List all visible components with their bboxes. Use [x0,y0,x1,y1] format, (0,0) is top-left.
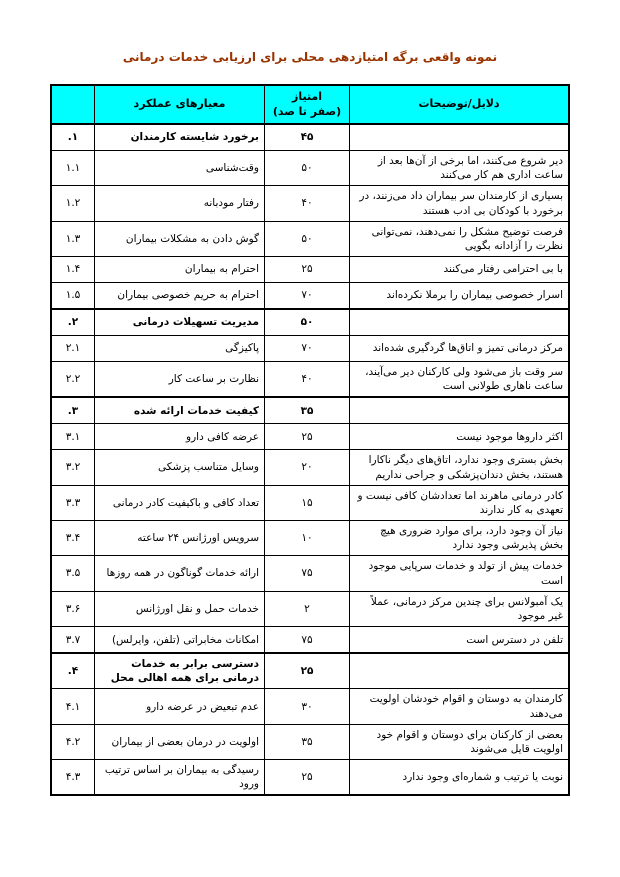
row-number-cell: ۴.۲ [51,724,95,759]
table-row: ۱.۵ احترام به حریم خصوصی بیماران ۷۰ اسرا… [51,283,569,310]
notes-cell: بسیاری از کارمندان سر بیماران داد می‌زنن… [350,186,570,221]
table-row: ۳.۳ تعداد کافی و باکیفیت کادر درمانی ۱۵ … [51,485,569,520]
criteria-cell: کیفیت خدمات ارائه شده [95,397,265,424]
score-cell: ۵۰ [265,151,350,186]
row-number-cell: ۱.۱ [51,151,95,186]
criteria-cell: نظارت بر ساعت کار [95,362,265,398]
row-number-cell: ۴. [51,653,95,689]
table-row: ۴.۱ عدم تبعیض در عرضه دارو ۳۰ کارمندان ب… [51,689,569,724]
score-cell: ۷۰ [265,283,350,310]
row-number-cell: ۳.۳ [51,485,95,520]
row-number-cell: ۱. [51,124,95,151]
notes-cell: اسرار خصوصی بیماران را برملا نکرده‌اند [350,283,570,310]
score-cell: ۴۰ [265,186,350,221]
notes-cell: بخش بستری وجود ندارد، اتاق‌های دیگر ناکا… [350,450,570,485]
header-criteria-cell: معیارهای عملکرد [95,85,265,124]
criteria-cell: ارائه خدمات گوناگون در همه روزها [95,556,265,591]
row-number-cell: ۱.۵ [51,283,95,310]
notes-cell: یک آمبولانس برای چندین مرکز درمانی، عملا… [350,591,570,626]
notes-cell: اکثر داروها موجود نیست [350,424,570,450]
criteria-cell: مدیریت تسهیلات درمانی [95,309,265,336]
table-row: ۳.۵ ارائه خدمات گوناگون در همه روزها ۷۵ … [51,556,569,591]
notes-cell: سر وقت باز می‌شود ولی کارکنان دیر می‌آین… [350,362,570,398]
notes-cell: نیاز آن وجود دارد، برای موارد ضروری هیچ … [350,521,570,556]
table-row: ۱.۲ رفتار مودبانه ۴۰ بسیاری از کارمندان … [51,186,569,221]
row-number-cell: ۳.۶ [51,591,95,626]
score-cell: ۷۰ [265,336,350,362]
row-number-cell: ۲.۲ [51,362,95,398]
table-row: ۲.۱ پاکیزگی ۷۰ مرکز درمانی تمیز و اتاق‌ه… [51,336,569,362]
criteria-cell: خدمات حمل و نقل اورژانس [95,591,265,626]
header-notes-cell: دلایل/توضیحات [350,85,570,124]
score-cell: ۷۵ [265,556,350,591]
score-cell: ۲۵ [265,257,350,283]
scorecard-table: معیارهای عملکرد امتیاز (صفر تا صد) دلایل… [50,84,570,796]
table-row: ۱.۳ گوش دادن به مشکلات بیماران ۵۰ فرصت ت… [51,221,569,256]
row-number-cell: ۱.۲ [51,186,95,221]
table-row: ۳. کیفیت خدمات ارائه شده ۳۵ [51,397,569,424]
notes-cell [350,309,570,336]
criteria-cell: وقت‌شناسی [95,151,265,186]
header-number-cell [51,85,95,124]
score-cell: ۲۰ [265,450,350,485]
notes-cell [350,397,570,424]
table-row: ۳.۶ خدمات حمل و نقل اورژانس ۲ یک آمبولان… [51,591,569,626]
criteria-cell: احترام به بیماران [95,257,265,283]
table-row: ۴. دسترسی برابر به خدمات درمانی برای همه… [51,653,569,689]
table-row: ۲. مدیریت تسهیلات درمانی ۵۰ [51,309,569,336]
criteria-cell: امکانات مخابراتی (تلفن، وایرلس) [95,627,265,654]
row-number-cell: ۴.۳ [51,760,95,796]
criteria-cell: سرویس اورژانس ۲۴ ساعته [95,521,265,556]
score-cell: ۱۰ [265,521,350,556]
notes-cell: بعضی از کارکنان برای دوستان و اقوام خود … [350,724,570,759]
score-cell: ۷۵ [265,627,350,654]
table-row: ۱.۴ احترام به بیماران ۲۵ با بی احترامی ر… [51,257,569,283]
notes-cell: دیر شروع می‌کنند، اما برخی از آن‌ها بعد … [350,151,570,186]
table-row: ۴.۲ اولویت در درمان بعضی از بیماران ۳۵ ب… [51,724,569,759]
table-body: ۱. برخورد شایسته کارمندان ۴۵ ۱.۱ وقت‌شنا… [51,124,569,795]
score-cell: ۵۰ [265,309,350,336]
row-number-cell: ۲.۱ [51,336,95,362]
table-row: ۳.۴ سرویس اورژانس ۲۴ ساعته ۱۰ نیاز آن وج… [51,521,569,556]
table-row: ۳.۷ امکانات مخابراتی (تلفن، وایرلس) ۷۵ ت… [51,627,569,654]
criteria-cell: تعداد کافی و باکیفیت کادر درمانی [95,485,265,520]
score-cell: ۳۵ [265,724,350,759]
row-number-cell: ۲. [51,309,95,336]
criteria-cell: پاکیزگی [95,336,265,362]
notes-cell: نوبت یا ترتیب و شماره‌ای وجود ندارد [350,760,570,796]
row-number-cell: ۳. [51,397,95,424]
criteria-cell: گوش دادن به مشکلات بیماران [95,221,265,256]
notes-cell: فرصت توضیح مشکل را نمی‌دهند، نمی‌توانی ن… [350,221,570,256]
score-cell: ۲۵ [265,760,350,796]
row-number-cell: ۳.۷ [51,627,95,654]
notes-cell [350,124,570,151]
notes-cell: مرکز درمانی تمیز و اتاق‌ها گردگیری شده‌ا… [350,336,570,362]
score-cell: ۲۵ [265,653,350,689]
table-row: ۳.۲ وسایل متناسب پزشکی ۲۰ بخش بستری وجود… [51,450,569,485]
score-cell: ۱۵ [265,485,350,520]
page-title: نمونه واقعی برگه امتیازدهی محلی برای ارز… [30,50,590,64]
score-cell: ۳۵ [265,397,350,424]
notes-cell [350,653,570,689]
score-header-line2: (صفر تا صد) [268,105,346,120]
row-number-cell: ۳.۲ [51,450,95,485]
criteria-cell: وسایل متناسب پزشکی [95,450,265,485]
table-row: ۲.۲ نظارت بر ساعت کار ۴۰ سر وقت باز می‌ش… [51,362,569,398]
score-header-line1: امتیاز [268,90,346,105]
table-header: معیارهای عملکرد امتیاز (صفر تا صد) دلایل… [51,85,569,124]
notes-cell: خدمات پیش از تولد و خدمات سرپایی موجود ا… [350,556,570,591]
score-cell: ۲ [265,591,350,626]
criteria-cell: دسترسی برابر به خدمات درمانی برای همه اه… [95,653,265,689]
table-row: ۴.۳ رسیدگی به بیماران بر اساس ترتیب ورود… [51,760,569,796]
row-number-cell: ۴.۱ [51,689,95,724]
header-score-cell: امتیاز (صفر تا صد) [265,85,350,124]
criteria-cell: عدم تبعیض در عرضه دارو [95,689,265,724]
header-row: معیارهای عملکرد امتیاز (صفر تا صد) دلایل… [51,85,569,124]
score-cell: ۵۰ [265,221,350,256]
table-row: ۱.۱ وقت‌شناسی ۵۰ دیر شروع می‌کنند، اما ب… [51,151,569,186]
row-number-cell: ۱.۴ [51,257,95,283]
criteria-cell: اولویت در درمان بعضی از بیماران [95,724,265,759]
criteria-cell: رفتار مودبانه [95,186,265,221]
table-row: ۱. برخورد شایسته کارمندان ۴۵ [51,124,569,151]
score-cell: ۲۵ [265,424,350,450]
score-cell: ۳۰ [265,689,350,724]
notes-cell: تلفن در دسترس است [350,627,570,654]
criteria-cell: عرضه کافی دارو [95,424,265,450]
row-number-cell: ۳.۵ [51,556,95,591]
criteria-cell: احترام به حریم خصوصی بیماران [95,283,265,310]
notes-cell: کارمندان به دوستان و اقوام خودشان اولویت… [350,689,570,724]
score-cell: ۴۵ [265,124,350,151]
criteria-cell: برخورد شایسته کارمندان [95,124,265,151]
row-number-cell: ۱.۳ [51,221,95,256]
row-number-cell: ۳.۱ [51,424,95,450]
notes-cell: با بی احترامی رفتار می‌کنند [350,257,570,283]
table-row: ۳.۱ عرضه کافی دارو ۲۵ اکثر داروها موجود … [51,424,569,450]
notes-cell: کادر درمانی ماهرند اما تعدادشان کافی نیس… [350,485,570,520]
row-number-cell: ۳.۴ [51,521,95,556]
criteria-cell: رسیدگی به بیماران بر اساس ترتیب ورود [95,760,265,796]
document-page: نمونه واقعی برگه امتیازدهی محلی برای ارز… [0,0,620,877]
score-cell: ۴۰ [265,362,350,398]
